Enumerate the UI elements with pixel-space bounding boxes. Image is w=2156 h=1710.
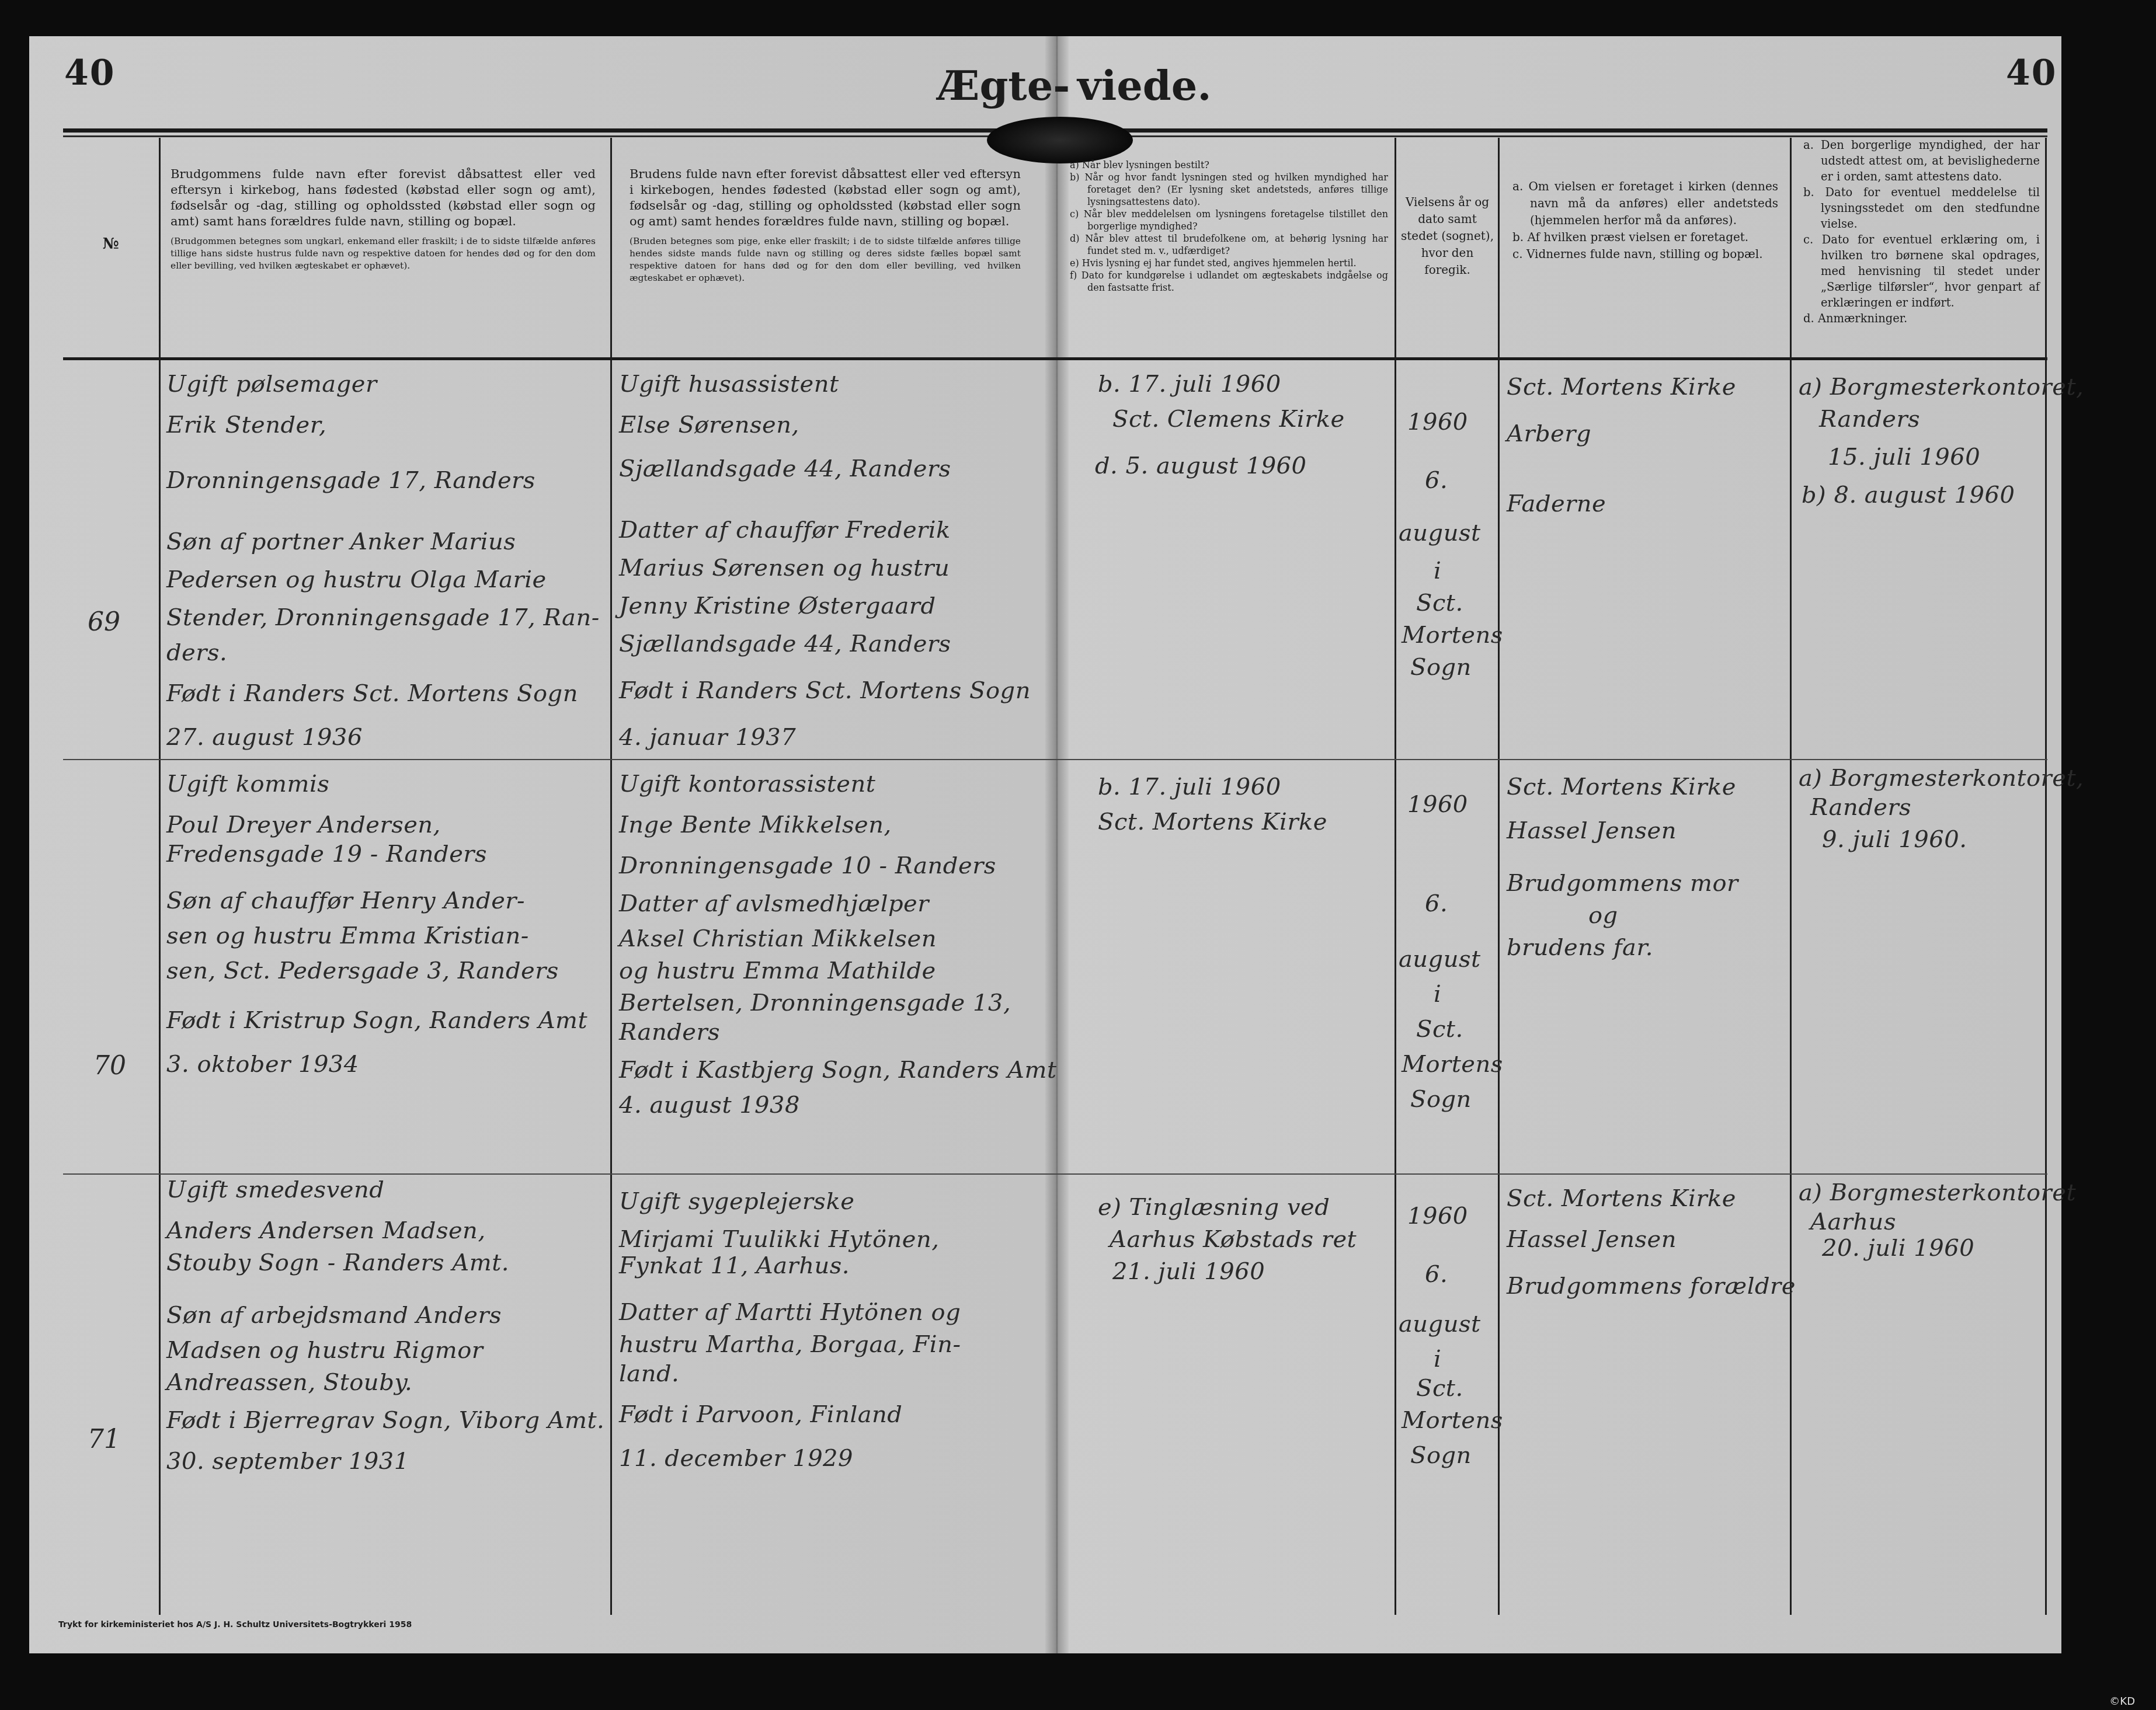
groom-line: Stouby Sogn - Randers Amt. — [166, 1249, 509, 1276]
church-line: Hassel Jensen — [1507, 817, 1677, 844]
authority-line: a) Borgmesterkontoret — [1799, 1179, 2076, 1206]
bride-line: Ugift sygeplejerske — [619, 1188, 854, 1215]
authority-line: a) Borgmesterkontoret, — [1799, 765, 2084, 792]
groom-line: sen, Sct. Pedersgade 3, Randers — [166, 957, 559, 984]
bride-line: Datter af chauffør Frederik — [619, 517, 951, 544]
groom-line: 30. september 1931 — [166, 1448, 409, 1475]
groom-line: Ugift kommis — [166, 771, 329, 797]
banns-question-d: d) Når blev attest til brudefolkene om, … — [1070, 232, 1388, 257]
church-line: og — [1588, 902, 1618, 929]
bride-line: Mirjami Tuulikki Hytönen, — [619, 1226, 939, 1253]
groom-line: Fredensgade 19 - Randers — [166, 841, 487, 868]
church-line: Hassel Jensen — [1507, 1226, 1677, 1253]
church-line: Sct. Mortens Kirke — [1507, 1185, 1736, 1212]
groom-line: 3. oktober 1934 — [166, 1051, 359, 1078]
groom-line: Anders Andersen Madsen, — [166, 1217, 486, 1244]
church-line: Brudgommens mor — [1507, 870, 1738, 897]
bride-line: Født i Randers Sct. Mortens Sogn — [619, 677, 1031, 704]
groom-line: Født i Kristrup Sogn, Randers Amt — [166, 1007, 587, 1034]
authority-line: Aarhus — [1810, 1209, 1896, 1235]
wedding-date-month: august — [1399, 946, 1481, 973]
col-header-authority: a. Den borgerlige myndighed, der har uds… — [1803, 137, 2040, 326]
groom-line: ders. — [166, 639, 227, 666]
banns-line: Aarhus Købstads ret — [1110, 1226, 1357, 1253]
authority-question-d: d. Anmærkninger. — [1803, 311, 2040, 326]
wedding-date-place: Sct. — [1416, 1375, 1463, 1402]
groom-line: sen og hustru Emma Kristian- — [166, 922, 529, 949]
col-header-groom: Brudgommens fulde navn efter forevist då… — [171, 166, 596, 272]
bride-line: 4. januar 1937 — [619, 724, 796, 751]
bride-line: Jenny Kristine Østergaard — [619, 593, 936, 619]
bride-line: Sjællandsgade 44, Randers — [619, 455, 951, 482]
col-divider-number — [159, 138, 161, 1615]
authority-line: 20. juli 1960 — [1822, 1235, 1974, 1262]
bride-line: Sjællandsgade 44, Randers — [619, 631, 951, 657]
col-divider-church — [1790, 138, 1792, 1615]
wedding-date-year: 1960 — [1407, 791, 1468, 818]
header-bottom-rule — [63, 357, 2047, 360]
bride-line: Inge Bente Mikkelsen, — [619, 812, 892, 838]
groom-line: Madsen og hustru Rigmor — [166, 1337, 483, 1364]
bride-line: Randers — [619, 1019, 720, 1046]
banns-line: b. 17. juli 1960 — [1098, 371, 1281, 398]
wedding-date-place: Mortens — [1402, 1407, 1503, 1434]
banns-line: b. 17. juli 1960 — [1098, 774, 1281, 800]
wedding-date-day: 6. — [1425, 467, 1448, 494]
wedding-date-month: august — [1399, 1311, 1481, 1338]
row-separator — [63, 1173, 2047, 1175]
bride-line: Dronningensgade 10 - Randers — [619, 852, 996, 879]
church-line: Brudgommens forældre — [1507, 1273, 1796, 1300]
bride-line: 4. august 1938 — [619, 1092, 800, 1119]
groom-line: Søn af arbejdsmand Anders — [166, 1302, 502, 1329]
banns-question-a: a) Når blev lysningen bestilt? — [1070, 159, 1388, 171]
bride-line: land. — [619, 1360, 679, 1387]
wedding-date-place: Sct. — [1416, 1016, 1463, 1043]
bride-line: 11. december 1929 — [619, 1445, 853, 1472]
groom-line: Pedersen og hustru Olga Marie — [166, 566, 547, 593]
church-question-c: c. Vidnernes fulde navn, stilling og bop… — [1512, 246, 1778, 263]
row-separator — [63, 759, 2047, 760]
authority-question-b: b. Dato for eventuel meddelelse til lysn… — [1803, 184, 2040, 232]
wedding-date-place: Sct. — [1416, 590, 1463, 617]
groom-line: Født i Bjerregrav Sogn, Viborg Amt. — [166, 1407, 604, 1434]
col-divider-banns — [1395, 138, 1396, 1615]
authority-line: Randers — [1810, 794, 1911, 821]
bride-line: Bertelsen, Dronningensgade 13, — [619, 990, 1011, 1016]
page-title-left: Ægte- — [937, 61, 1070, 110]
bride-line: Datter af Martti Hytönen og — [619, 1299, 961, 1326]
bride-line: Fynkat 11, Aarhus. — [619, 1252, 850, 1279]
authority-line: Randers — [1819, 406, 1920, 433]
bride-line: Ugift husassistent — [619, 371, 839, 398]
copyright-watermark: ©KD — [2109, 1695, 2135, 1708]
wedding-date-day: 6. — [1425, 1261, 1448, 1288]
church-line: Sct. Mortens Kirke — [1507, 374, 1736, 400]
groom-line: Født i Randers Sct. Mortens Sogn — [166, 680, 578, 707]
col-header-number: № — [88, 236, 134, 252]
church-line: Sct. Mortens Kirke — [1507, 774, 1736, 800]
entry-number: 69 — [88, 607, 120, 637]
banns-question-c: c) Når blev meddelelsen om lysningens fo… — [1070, 208, 1388, 232]
authority-line: b) 8. august 1960 — [1802, 482, 2015, 509]
col-header-wedding-date: Vielsens år og dato samt stedet (sognet)… — [1399, 194, 1496, 278]
wedding-date-place: Sogn — [1410, 654, 1472, 681]
authority-question-c: c. Dato for eventuel erklæring om, i hvi… — [1803, 232, 2040, 311]
banns-line: Sct. Mortens Kirke — [1098, 809, 1327, 835]
bride-line: Født i Parvoon, Finland — [619, 1401, 902, 1428]
binding-clip — [987, 117, 1133, 163]
bride-line: Aksel Christian Mikkelsen — [619, 925, 937, 952]
banns-question-b: b) Når og hvor fandt lysningen sted og h… — [1070, 171, 1388, 208]
bride-line: Else Sørensen, — [619, 412, 799, 438]
col-header-church: a. Om vielsen er foretaget i kirken (den… — [1512, 178, 1778, 263]
groom-header-note: (Brudgommen betegnes som ungkarl, enkema… — [171, 235, 596, 272]
wedding-date-year: 1960 — [1407, 1203, 1468, 1230]
banns-question-f: f) Dato for kundgørelse i udlandet om æg… — [1070, 269, 1388, 294]
wedding-date-place: Mortens — [1402, 622, 1503, 649]
groom-line: Søn af portner Anker Marius — [166, 528, 516, 555]
wedding-date-i: i — [1434, 981, 1441, 1008]
groom-line: Erik Stender, — [166, 412, 326, 438]
page-number-right: 40 — [2006, 53, 2057, 93]
wedding-date-i: i — [1434, 558, 1441, 584]
col-divider-groom — [610, 138, 612, 1615]
col-header-banns: a) Når blev lysningen bestilt? b) Når og… — [1070, 159, 1388, 294]
groom-line: Poul Dreyer Andersen, — [166, 812, 441, 838]
banns-line: e) Tinglæsning ved — [1098, 1194, 1330, 1221]
groom-line: 27. august 1936 — [166, 724, 363, 751]
wedding-date-year: 1960 — [1407, 409, 1468, 436]
book-gutter — [1045, 36, 1069, 1653]
page-number-left: 40 — [64, 53, 116, 93]
church-question-b: b. Af hvilken præst vielsen er foretaget… — [1512, 229, 1778, 246]
groom-line: Ugift pølsemager — [166, 371, 377, 398]
wedding-date-month: august — [1399, 520, 1481, 546]
groom-line: Søn af chauffør Henry Ander- — [166, 887, 525, 914]
authority-question-a: a. Den borgerlige myndighed, der har uds… — [1803, 137, 2040, 184]
bride-line: Født i Kastbjerg Sogn, Randers Amt — [619, 1057, 1056, 1084]
banns-line: 21. juli 1960 — [1112, 1258, 1265, 1285]
wedding-date-place: Mortens — [1402, 1051, 1503, 1078]
church-line: Faderne — [1507, 490, 1606, 517]
bride-line: Marius Sørensen og hustru — [619, 555, 950, 581]
page-title-right: viede. — [1077, 61, 1212, 110]
church-question-a: a. Om vielsen er foretaget i kirken (den… — [1512, 178, 1778, 229]
groom-header-text: Brudgommens fulde navn efter forevist då… — [171, 166, 596, 229]
groom-line: Ugift smedesvend — [166, 1176, 384, 1203]
groom-line: Andreassen, Stouby. — [166, 1369, 412, 1396]
wedding-date-place: Sogn — [1410, 1086, 1472, 1113]
right-border — [2045, 138, 2047, 1615]
groom-line: Dronningensgade 17, Randers — [166, 467, 535, 494]
banns-question-e: e) Hvis lysning ej har fundet sted, angi… — [1070, 257, 1388, 269]
groom-line: Stender, Dronningensgade 17, Ran- — [166, 604, 600, 631]
bride-line: og hustru Emma Mathilde — [619, 957, 936, 984]
banns-line: d. 5. august 1960 — [1095, 452, 1307, 479]
banns-line: Sct. Clemens Kirke — [1112, 406, 1345, 433]
wedding-date-place: Sogn — [1410, 1442, 1472, 1469]
bride-line: Ugift kontorassistent — [619, 771, 875, 797]
wedding-date-i: i — [1434, 1346, 1441, 1373]
bride-line: hustru Martha, Borgaa, Fin- — [619, 1331, 961, 1358]
bride-line: Datter af avlsmedhjælper — [619, 890, 929, 917]
col-header-bride: Brudens fulde navn efter forevist dåbsat… — [630, 166, 1021, 284]
authority-line: 15. juli 1960 — [1828, 444, 1980, 471]
printer-imprint: Trykt for kirkeministeriet hos A/S J. H.… — [58, 1620, 412, 1629]
entry-number: 70 — [93, 1051, 126, 1081]
authority-line: a) Borgmesterkontoret, — [1799, 374, 2084, 400]
authority-line: 9. juli 1960. — [1822, 826, 1967, 853]
entry-number: 71 — [88, 1425, 120, 1454]
bride-header-text: Brudens fulde navn efter forevist dåbsat… — [630, 166, 1021, 229]
church-line: Arberg — [1507, 420, 1591, 447]
col-divider-date — [1498, 138, 1500, 1615]
church-line: brudens far. — [1507, 934, 1653, 961]
bride-header-note: (Bruden betegnes som pige, enke eller fr… — [630, 235, 1021, 284]
wedding-date-day: 6. — [1425, 890, 1448, 917]
